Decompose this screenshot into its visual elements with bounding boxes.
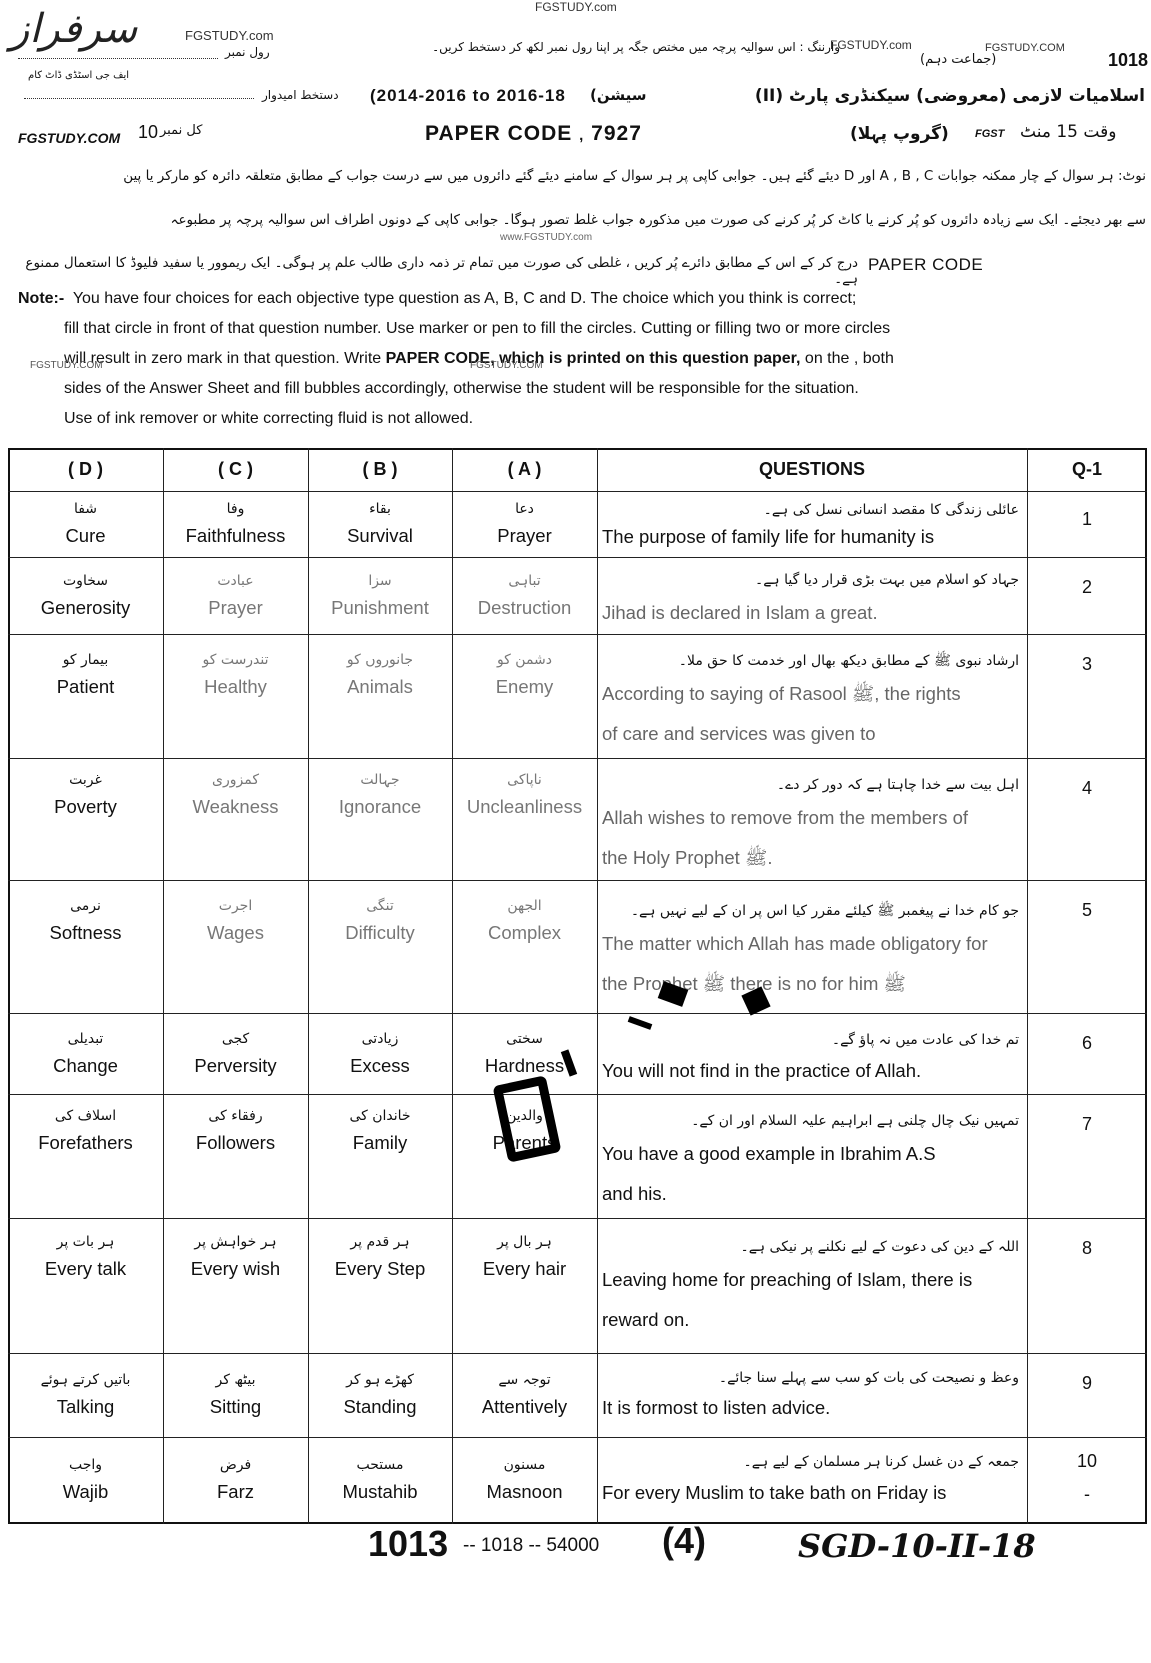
header-option-a: ( A ) <box>452 448 597 491</box>
option-c[interactable]: بیٹھ کرSitting <box>163 1353 308 1437</box>
option-d[interactable]: سخاوتGenerosity <box>8 557 163 634</box>
candidate-signature-field[interactable] <box>24 98 254 99</box>
option-d[interactable]: بیمار کوPatient <box>8 634 163 758</box>
question-8: اللہ کے دین کی دعوت کے لیے نکلنے پر نیکی… <box>597 1218 1027 1353</box>
question-2: جہاد کو اسلام میں بہت بڑی قرار دیا گیا ہ… <box>597 557 1027 634</box>
question-3: ارشاد نبوی ﷺ کے مطابق دیکھ بھال اور خدمت… <box>597 634 1027 758</box>
option-b[interactable]: مستحبMustahib <box>308 1437 452 1522</box>
header-questions: QUESTIONS <box>597 448 1027 491</box>
paper-number: 1018 <box>1108 50 1148 71</box>
question-4: اہل بیت سے خدا چاہتا ہے کہ دور کر دے۔All… <box>597 758 1027 880</box>
paper-code-value: 7927 <box>591 122 642 145</box>
question-7: تمہیں نیک چال چلنی ہے ابراہیم علیہ السلا… <box>597 1094 1027 1218</box>
option-c[interactable]: فرضFarz <box>163 1437 308 1522</box>
paper-code-label: PAPER CODE <box>425 122 572 145</box>
urdu-note-line-2: سے بھر دیجئے۔ ایک سے زیادہ دائروں کو پُر… <box>8 212 1146 228</box>
page-number: (4) <box>662 1520 706 1562</box>
urdu-note-line-3: درج کر کے اس کے مطابق دائرے پُر کریں ، غ… <box>8 255 858 287</box>
option-a[interactable]: توجہ سےAttentively <box>452 1353 597 1437</box>
option-a[interactable]: تباہیDestruction <box>452 557 597 634</box>
option-d[interactable]: ہر بات پرEvery talk <box>8 1218 163 1353</box>
watermark: FGSTUDY.COM <box>470 360 543 371</box>
class-label: (جماعت دہم) <box>920 52 996 67</box>
handwritten-reference: SGD-10-II-18 <box>798 1527 1036 1565</box>
watermark: FGSTUDY.com <box>185 28 274 43</box>
option-c[interactable]: ہر خواہش پرEvery wish <box>163 1218 308 1353</box>
option-a[interactable]: ہر بال پرEvery hair <box>452 1218 597 1353</box>
option-b[interactable]: تنگیDifficulty <box>308 880 452 1013</box>
time-allowed: وقت 15 منٹ <box>1020 122 1116 142</box>
note-line-4: sides of the Answer Sheet and fill bubbl… <box>18 374 1143 404</box>
urdu-note-paper-code: PAPER CODE <box>868 255 983 275</box>
note-line-2: fill that circle in front of that questi… <box>18 314 1143 344</box>
header-question-number: Q-1 <box>1027 448 1147 491</box>
candidate-signature-label: دستخط امیدوار <box>262 88 339 102</box>
option-c[interactable]: وفاFaithfulness <box>163 491 308 557</box>
question-9: وعظ و نصیحت کی بات کو سب سے پہلے سنا جائ… <box>597 1353 1027 1437</box>
option-b[interactable]: کھڑے ہو کرStanding <box>308 1353 452 1437</box>
question-1: عائلی زندگی کا مقصد انسانی نسل کی ہے۔The… <box>597 491 1027 557</box>
option-c[interactable]: کجیPerversity <box>163 1013 308 1094</box>
option-a[interactable]: الجھنComplex <box>452 880 597 1013</box>
option-b[interactable]: سزاPunishment <box>308 557 452 634</box>
option-b[interactable]: زیادتیExcess <box>308 1013 452 1094</box>
site-logo: FGSTUDY.COM <box>18 130 120 146</box>
question-10: جمعہ کے دن غسل کرنا ہر مسلمان کے لیے ہے۔… <box>597 1437 1027 1522</box>
header-option-c: ( C ) <box>163 448 308 491</box>
option-d[interactable]: اسلاف کیForefathers <box>8 1094 163 1218</box>
watermark: FGSTUDY.COM <box>30 360 103 371</box>
note-line-1: You have four choices for each objective… <box>73 290 857 307</box>
question-number: 8 <box>1027 1218 1147 1353</box>
question-number: 2 <box>1027 557 1147 634</box>
option-c[interactable]: کمزوریWeakness <box>163 758 308 880</box>
note-line-3: will result in zero mark in that questio… <box>18 344 1143 374</box>
option-b[interactable]: جانوروں کوAnimals <box>308 634 452 758</box>
warning-text: وارننگ : اس سوالیہ پرچہ میں مختص جگہ پر … <box>410 40 840 54</box>
question-number: 7 <box>1027 1094 1147 1218</box>
total-marks-value: 10 <box>138 122 158 143</box>
question-number: 6 <box>1027 1013 1147 1094</box>
header-option-d: ( D ) <box>8 448 163 491</box>
option-a[interactable]: دشمن کوEnemy <box>452 634 597 758</box>
question-number: 4 <box>1027 758 1147 880</box>
session-years: (2014-2016 to 2016-18 <box>370 86 566 106</box>
roll-number-field[interactable] <box>18 58 218 59</box>
option-a[interactable]: دعاPrayer <box>452 491 597 557</box>
option-c[interactable]: عبادتPrayer <box>163 557 308 634</box>
group-label: (گروپ پہلا) <box>850 123 949 144</box>
option-d[interactable]: باتیں کرتے ہوئےTalking <box>8 1353 163 1437</box>
option-d[interactable]: نرمیSoftness <box>8 880 163 1013</box>
header-option-b: ( B ) <box>308 448 452 491</box>
option-c[interactable]: تندرست کوHealthy <box>163 634 308 758</box>
question-6: تم خدا کی عادت میں نہ پاؤ گے۔You will no… <box>597 1013 1027 1094</box>
option-d[interactable]: تبدیلیChange <box>8 1013 163 1094</box>
question-number: 9 <box>1027 1353 1147 1437</box>
option-b[interactable]: خاندان کیFamily <box>308 1094 452 1218</box>
site-watermark-top: FGSTUDY.com <box>535 0 617 14</box>
total-marks-label: کل نمبر <box>160 123 202 138</box>
footer-code: 1013 <box>368 1523 448 1565</box>
option-c[interactable]: رفقاء کیFollowers <box>163 1094 308 1218</box>
session-label: سیشن) <box>590 86 647 104</box>
option-d[interactable]: غربتPoverty <box>8 758 163 880</box>
option-a[interactable]: ناپاکیUncleanliness <box>452 758 597 880</box>
option-b[interactable]: جہالتIgnorance <box>308 758 452 880</box>
option-c[interactable]: اجرتWages <box>163 880 308 1013</box>
subject-title: اسلامیات لازمی (معروضی) سیکنڈری پارٹ (II… <box>740 86 1145 106</box>
option-a[interactable]: مسنونMasnoon <box>452 1437 597 1522</box>
question-number: 1 <box>1027 491 1147 557</box>
question-number: 5 <box>1027 880 1147 1013</box>
question-number: 3 <box>1027 634 1147 758</box>
watermark: FGST <box>975 128 1004 140</box>
paper-code: PAPER CODE , 7927 <box>425 122 642 146</box>
watermark: www.FGSTUDY.com <box>500 232 592 243</box>
option-d[interactable]: شفاCure <box>8 491 163 557</box>
footer-subcode: -- 1018 -- 54000 <box>463 1535 599 1557</box>
question-number: 10- <box>1027 1437 1147 1522</box>
option-b[interactable]: ہر قدم پرEvery Step <box>308 1218 452 1353</box>
option-d[interactable]: واجبWajib <box>8 1437 163 1522</box>
watermark: FGSTUDY.COM <box>985 42 1065 54</box>
note-line-5: Use of ink remover or white correcting f… <box>18 404 1143 434</box>
roll-number-label: رول نمبر <box>225 45 270 59</box>
urdu-watermark: ایف جی اسٹڈی ڈاٹ کام <box>28 70 129 81</box>
note-label: Note:- <box>18 290 64 307</box>
urdu-note-line-1: نوٹ: ہر سوال کے چار ممکنہ جوابات A , B ,… <box>8 168 1146 184</box>
handwritten-signature: سرفراز <box>10 6 137 52</box>
english-note: Note:- You have four choices for each ob… <box>18 284 1143 434</box>
option-b[interactable]: بقاءSurvival <box>308 491 452 557</box>
watermark: FGSTUDY.com <box>830 38 912 52</box>
